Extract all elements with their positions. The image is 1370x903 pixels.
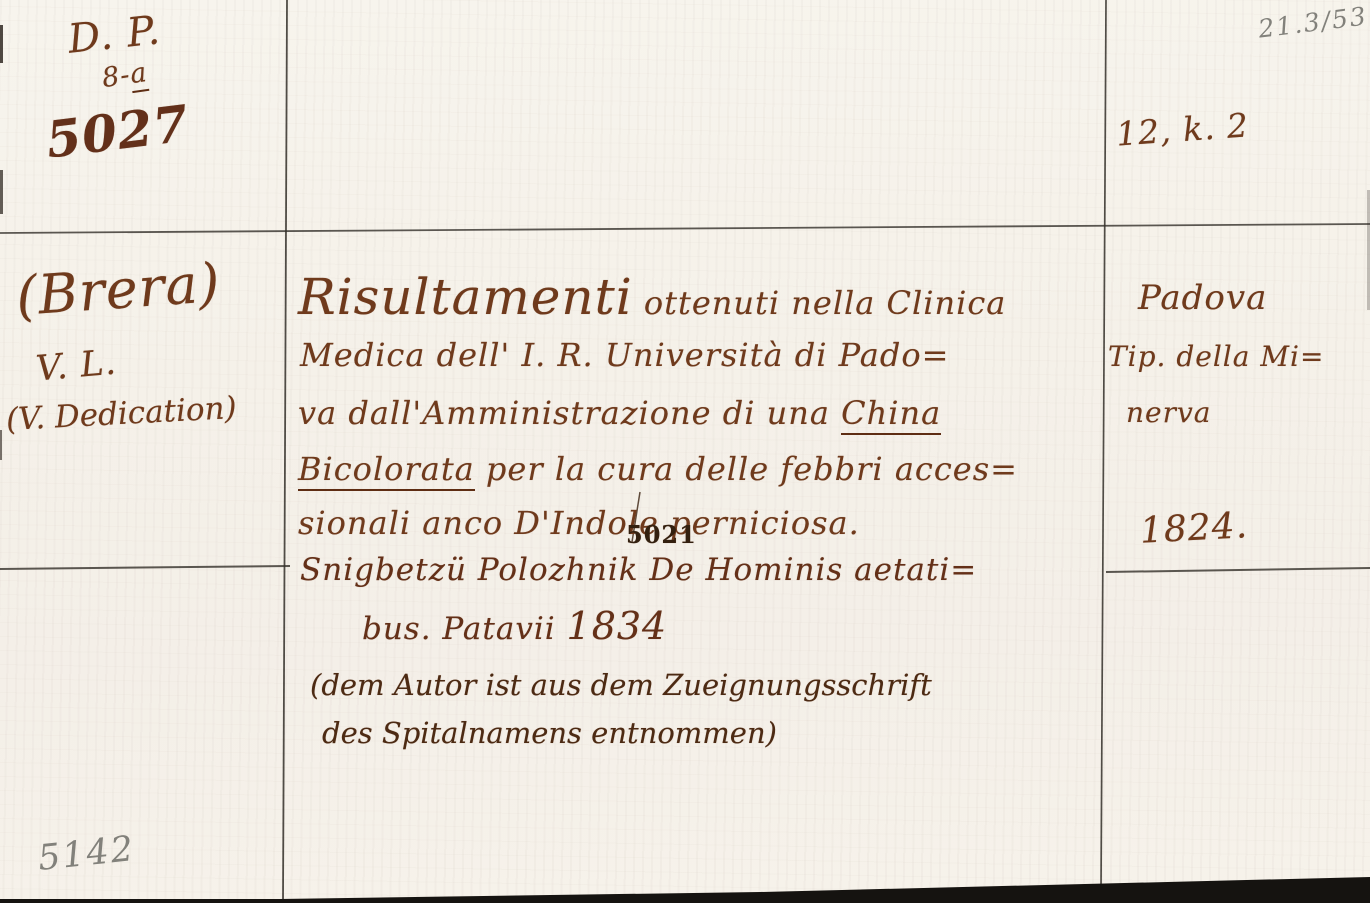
inserted-catalog-number: 5021 (626, 520, 697, 549)
title-line-1: Risultamenti ottenuti nella Clinica (298, 268, 1006, 326)
paper-edge-mark (0, 170, 3, 214)
german-note-line-2: des Spitalnamens entnommen) (322, 716, 777, 750)
pencil-accession-number: 5142 (36, 829, 137, 879)
grid-line-horizontal-imprint-bottom (1106, 568, 1370, 572)
grid-line-vertical-right (1101, 0, 1106, 890)
title-keyword-china: China (841, 394, 941, 435)
author-initials: V. L. (34, 343, 118, 390)
title-first-word: Risultamenti (298, 268, 633, 326)
citation-line-1: Snigbetzü Polozhnik De Hominis aetati= (300, 552, 977, 588)
german-note-line-1: (dem Autor ist aus dem Zueignungsschrift (310, 668, 932, 702)
title-line-3: va dall'Amministrazione di una China (298, 394, 941, 432)
title-keyword-bicolorata: Bicolorata (298, 450, 475, 491)
shelfmark-dp: D. P. (66, 7, 163, 62)
title-line-3-pre: va dall'Amministrazione di una (298, 394, 841, 432)
title-line-2: Medica dell' I. R. Università di Pado= (300, 336, 949, 374)
title-line-1-rest: ottenuti nella Clinica (633, 284, 1007, 322)
title-line-4: Bicolorata per la cura delle febbri acce… (298, 450, 1018, 488)
author-reference: (V. Dedication) (5, 390, 237, 438)
shelfmark-format: 8-a (100, 57, 149, 94)
author-name: (Brera) (14, 251, 223, 328)
grid-line-horizontal-author-bottom (0, 566, 290, 569)
pencil-date-annotation: 21.3/53 (1257, 1, 1370, 43)
imprint-publisher-line-2: nerva (1126, 396, 1212, 429)
imprint-place: Padova (1138, 278, 1267, 318)
paper-edge-mark (0, 25, 3, 63)
paper-edge-mark (0, 430, 2, 460)
grid-line-vertical-left (283, 0, 287, 903)
grid-line-horizontal-top (0, 224, 1370, 233)
catalog-number: 5027 (43, 93, 192, 169)
scan-edge-shadow (0, 877, 1370, 903)
location-shelfmark: 12, k. 2 (1115, 105, 1250, 153)
imprint-publisher-line-1: Tip. della Mi= (1108, 340, 1324, 373)
citation-year: 1834 (567, 604, 668, 648)
imprint-year: 1824. (1139, 505, 1249, 552)
title-line-4-post: per la cura delle febbri acces= (475, 450, 1018, 488)
shelfmark-format-letter: a (128, 57, 150, 93)
citation-line-2: bus. Patavii 1834 (362, 604, 667, 648)
catalog-card: D. P. 8-a 5027 21.3/53 12, k. 2 (Brera) … (0, 0, 1370, 903)
citation-line-2-pre: bus. Patavii (362, 611, 567, 647)
title-line-5: sionali anco D'Indole perniciosa. (298, 504, 860, 542)
